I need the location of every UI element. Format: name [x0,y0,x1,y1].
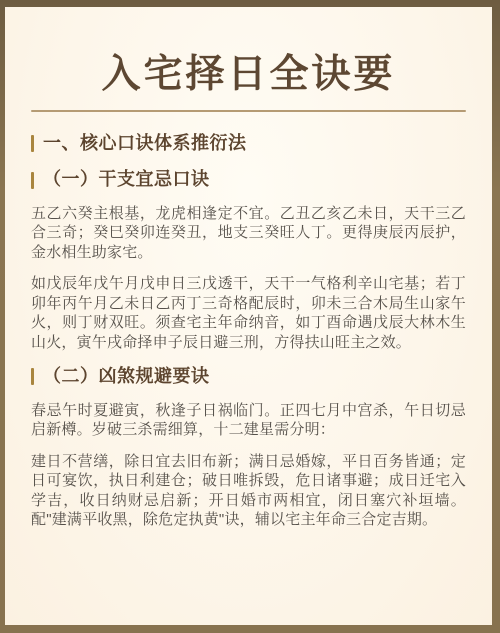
paragraph-xiongsha-verse: 春忌午时夏避寅，秋逢子日祸临门。正四七月中宫杀，午日切忌启新樽。岁破三杀需细算，… [31,401,466,440]
paragraph-ganzhi-verse: 五乙六癸主根基，龙虎相逢定不宜。乙丑乙亥乙未日，天干三乙合三奇；癸巳癸卯连癸丑，… [31,204,466,263]
section-heading-sub2-text: （二）凶煞规避要诀 [43,365,210,388]
heading-accent-bar-icon [31,172,34,189]
title-divider [31,110,466,112]
section-heading-main-text: 一、核心口诀体系推衍法 [43,132,247,155]
paragraph-jianxing-rules: 建日不营缮，除日宜去旧布新；满日忌婚嫁，平日百务皆通；定日可宴饮，执日利建仓；破… [31,452,466,530]
document-page: 入宅择日全诀要 一、核心口诀体系推衍法 （一）干支宜忌口诀 五乙六癸主根基，龙虎… [5,7,492,625]
heading-accent-bar-icon [31,135,34,152]
section-heading-sub1: （一）干支宜忌口诀 [31,168,466,191]
section-heading-sub2: （二）凶煞规避要诀 [31,365,466,388]
section-heading-sub1-text: （一）干支宜忌口诀 [43,168,210,191]
page-title: 入宅择日全诀要 [31,55,466,94]
page-frame: 入宅择日全诀要 一、核心口诀体系推衍法 （一）干支宜忌口诀 五乙六癸主根基，龙虎… [0,0,500,633]
section-heading-main: 一、核心口诀体系推衍法 [31,132,466,155]
paragraph-ganzhi-example: 如戊辰年戊午月戊申日三戊透干，天干一气格利辛山宅基；若丁卯年丙午月乙未日乙丙丁三… [31,274,466,352]
document-content: 入宅择日全诀要 一、核心口诀体系推衍法 （一）干支宜忌口诀 五乙六癸主根基，龙虎… [5,55,492,530]
heading-accent-bar-icon [31,368,34,385]
